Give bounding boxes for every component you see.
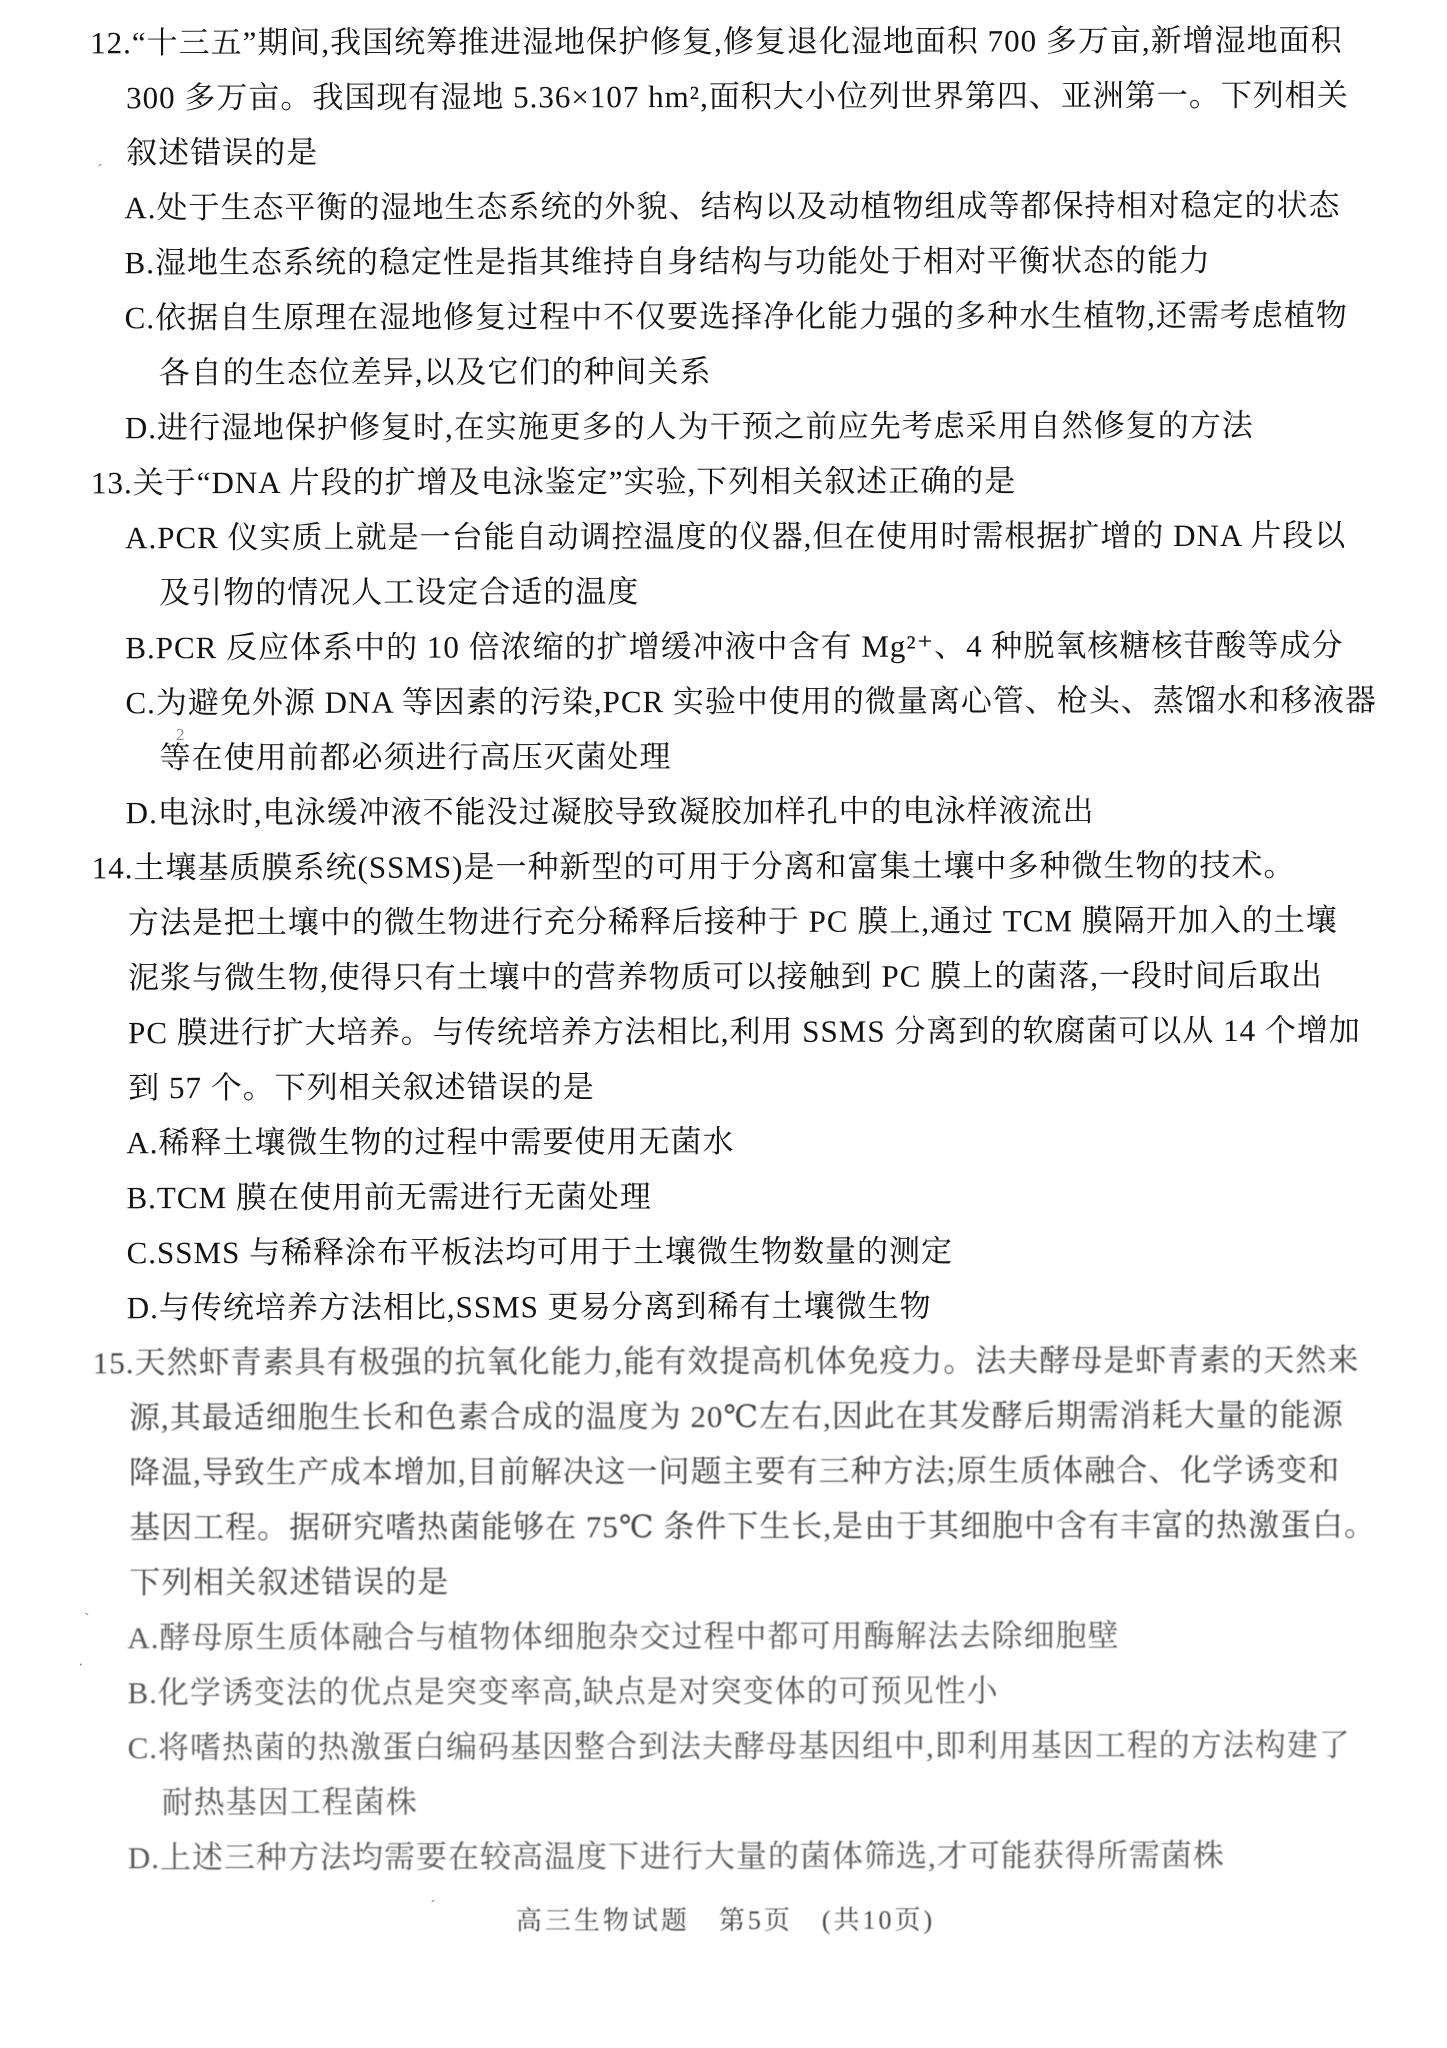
text-line: A.PCR 仪实质上就是一台能自动调控温度的仪器,但在使用时需根据扩增的 DNA… (0, 507, 1446, 565)
text-line: A.稀释土壤微生物的过程中需要使用无菌水 (0, 1112, 1447, 1170)
text-line: C.为避免外源 DNA 等因素的污染,PCR 实验中使用的微量离心管、枪头、蒸馏… (0, 672, 1446, 730)
question-line: 13.关于“DNA 片段的扩增及电泳鉴定”实验,下列相关叙述正确的是 (0, 452, 1446, 510)
scan-artifact-5: ˊ (430, 1898, 436, 1915)
text-line: 源,其最适细胞生长和色素合成的温度为 20℃左右,因此在其发酵后期需消耗大量的能… (1, 1387, 1447, 1445)
question-lines: 12.“十三五”期间,我国统筹推进湿地保护修复,修复退化湿地面积 700 多万亩… (0, 12, 1447, 1885)
text-line: D.上述三种方法均需要在较高温度下进行大量的菌体筛选,才可能获得所需菌株 (2, 1827, 1447, 1885)
text-line: 下列相关叙述错误的是 (1, 1552, 1447, 1610)
text-line: B.TCM 膜在使用前无需进行无菌处理 (0, 1167, 1447, 1225)
text-line: B.湿地生态系统的稳定性是指其维持自身结构与功能处于相对平衡状态的能力 (0, 232, 1446, 290)
text-line: 到 57 个。下列相关叙述错误的是 (0, 1057, 1447, 1115)
text-line: B.化学诱变法的优点是突变率高,缺点是对突变体的可预见性小 (1, 1662, 1447, 1720)
text-line: 等在使用前都必须进行高压灭菌处理 (0, 727, 1447, 785)
scan-artifact-1: ˊ (97, 162, 103, 179)
text-line: 基因工程。据研究嗜热菌能够在 75℃ 条件下生长,是由于其细胞中含有丰富的热激蛋… (1, 1497, 1447, 1555)
text-line: 各自的生态位差异,以及它们的种间关系 (0, 342, 1446, 400)
scan-artifact-3: ˏ (84, 1598, 90, 1615)
text-line: C.SSMS 与稀释涂布平板法均可用于土壤微生物数量的测定 (1, 1222, 1447, 1280)
scanned-exam-page: 12.“十三五”期间,我国统筹推进湿地保护修复,修复退化湿地面积 700 多万亩… (0, 0, 1447, 2048)
page-footer: 高三生物试题 第5页 (共10页) (2, 1898, 1447, 1938)
text-line: PC 膜进行扩大培养。与传统培养方法相比,利用 SSMS 分离到的软腐菌可以从 … (0, 1002, 1447, 1060)
text-line: 叙述错误的是 (0, 122, 1445, 180)
text-line: C.将嗜热菌的热激蛋白编码基因整合到法夫酵母基因组中,即利用基因工程的方法构建了 (2, 1717, 1447, 1775)
text-line: A.酵母原生质体融合与植物体细胞杂交过程中都可用酶解法去除细胞壁 (1, 1607, 1447, 1665)
scan-artifact-2: 2 (176, 726, 185, 743)
text-line: B.PCR 反应体系中的 10 倍浓缩的扩增缓冲液中含有 Mg²⁺、4 种脱氧核… (0, 617, 1446, 675)
text-line: 泥浆与微生物,使得只有土壤中的营养物质可以接触到 PC 膜上的菌落,一段时间后取… (0, 947, 1447, 1005)
page-content: 12.“十三五”期间,我国统筹推进湿地保护修复,修复退化湿地面积 700 多万亩… (0, 12, 1447, 1938)
text-line: C.依据自生原理在湿地修复过程中不仅要选择净化能力强的多种水生植物,还需考虑植物 (0, 287, 1446, 345)
text-line: 及引物的情况人工设定合适的温度 (0, 562, 1446, 620)
text-line: D.与传统培养方法相比,SSMS 更易分离到稀有土壤微生物 (1, 1277, 1447, 1335)
text-line: D.进行湿地保护修复时,在实施更多的人为干预之前应先考虑采用自然修复的方法 (0, 397, 1446, 455)
text-line: 方法是把土壤中的微生物进行充分稀释后接种于 PC 膜上,通过 TCM 膜隔开加入… (0, 892, 1447, 950)
question-line: 14.土壤基质膜系统(SSMS)是一种新型的可用于分离和富集土壤中多种微生物的技… (0, 837, 1447, 895)
text-line: 降温,导致生产成本增加,目前解决这一问题主要有三种方法;原生质体融合、化学诱变和 (1, 1442, 1447, 1500)
question-line: 15.天然虾青素具有极强的抗氧化能力,能有效提高机体免疫力。法夫酵母是虾青素的天… (1, 1332, 1447, 1390)
text-line: 耐热基因工程菌株 (2, 1772, 1447, 1830)
text-line: D.电泳时,电泳缓冲液不能没过凝胶导致凝胶加样孔中的电泳样液流出 (0, 782, 1447, 840)
scan-artifact-4: · (78, 1656, 84, 1673)
text-line: A.处于生态平衡的湿地生态系统的外貌、结构以及动植物组成等都保持相对稳定的状态 (0, 177, 1445, 235)
text-line: 300 多万亩。我国现有湿地 5.36×107 hm²,面积大小位列世界第四、亚… (0, 67, 1445, 125)
question-line: 12.“十三五”期间,我国统筹推进湿地保护修复,修复退化湿地面积 700 多万亩… (0, 12, 1445, 70)
